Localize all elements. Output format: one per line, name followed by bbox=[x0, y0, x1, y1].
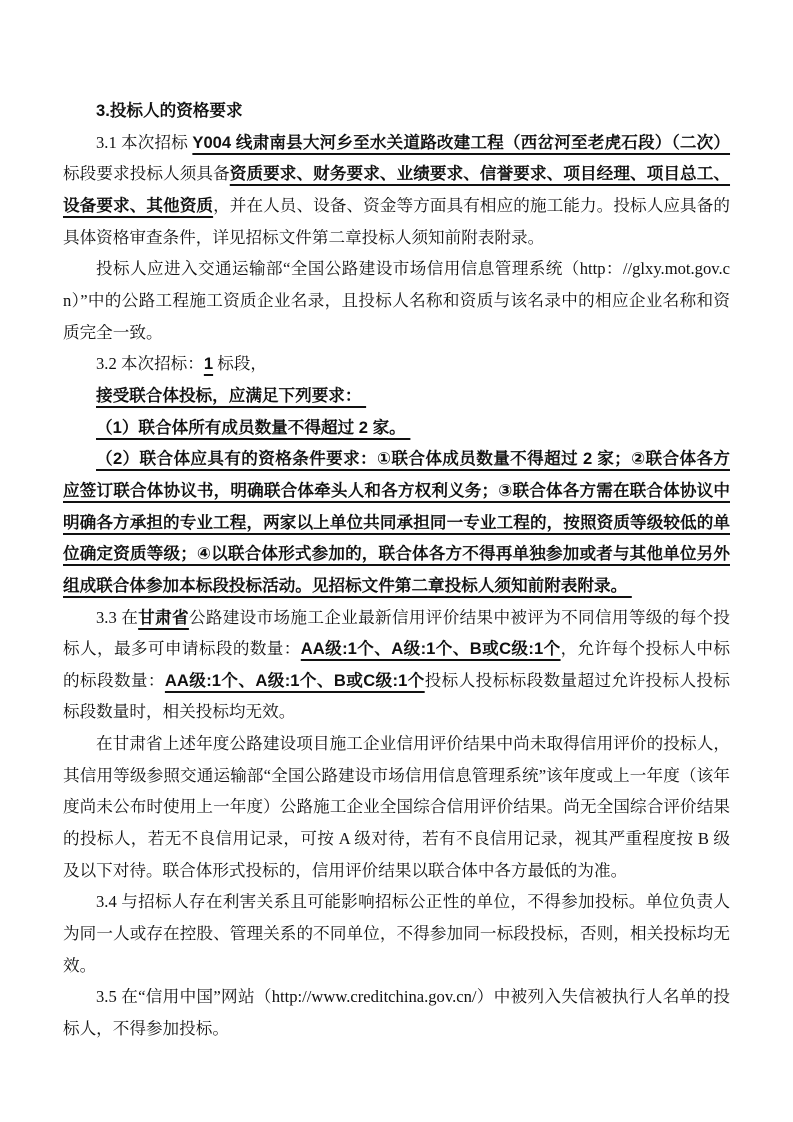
text-run: 标段要求投标人须具备 bbox=[63, 164, 230, 183]
text-run: 3.1 本次招标 bbox=[96, 133, 192, 152]
text-run: 甘肃省 bbox=[138, 608, 189, 627]
para-3-4-conflict-of-interest: 3.4 与招标人存在利害关系且可能影响招标公正性的单位，不得参加投标。单位负责人… bbox=[63, 886, 730, 981]
para-jv-item-2: （2）联合体应具有的资格条件要求：①联合体成员数量不得超过 2 家；②联合体各方… bbox=[63, 443, 730, 601]
text-run: Y004 线肃南县大河乡至水关道路改建工程（西岔河至老虎石段）（二次） bbox=[192, 133, 730, 152]
text-run: AA级:1个、A级:1个、B或C级:1个 bbox=[165, 671, 425, 690]
text-run: 3.3 在 bbox=[96, 608, 138, 627]
text-run: 3.投标人的资格要求 bbox=[96, 101, 243, 120]
para-3-3-credit-rating: 3.3 在甘肃省公路建设市场施工企业最新信用评价结果中被评为不同信用等级的每个投… bbox=[63, 602, 730, 729]
para-credit-system-registry: 投标人应进入交通运输部“全国公路建设市场信用信息管理系统（http：//glxy… bbox=[63, 253, 730, 348]
text-run: 在甘肃省上述年度公路建设项目施工企业信用评价结果中尚未取得信用评价的投标人，其信… bbox=[63, 734, 730, 880]
para-3-2-sections: 3.2 本次招标：1 标段， bbox=[63, 348, 730, 380]
text-run: 3.5 在“信用中国”网站（http://www.creditchina.gov… bbox=[63, 987, 730, 1038]
text-run: 1 bbox=[204, 354, 213, 373]
text-run: 标段， bbox=[213, 354, 267, 373]
text-run: 3.2 本次招标： bbox=[96, 354, 204, 373]
text-run: 3.4 与招标人存在利害关系且可能影响招标公正性的单位，不得参加投标。单位负责人… bbox=[63, 892, 730, 974]
document-page: 3.投标人的资格要求3.1 本次招标 Y004 线肃南县大河乡至水关道路改建工程… bbox=[0, 0, 793, 1122]
document-content: 3.投标人的资格要求3.1 本次招标 Y004 线肃南县大河乡至水关道路改建工程… bbox=[63, 95, 730, 1045]
section-heading-3: 3.投标人的资格要求 bbox=[63, 95, 730, 127]
text-run: （2）联合体应具有的资格条件要求：①联合体成员数量不得超过 2 家；②联合体各方… bbox=[63, 449, 730, 595]
text-run: AA级:1个、A级:1个、B或C级:1个 bbox=[301, 639, 561, 658]
text-run: 投标人应进入交通运输部“全国公路建设市场信用信息管理系统（http：//glxy… bbox=[63, 259, 730, 341]
text-run: （1）联合体所有成员数量不得超过 2 家。 bbox=[96, 418, 410, 437]
para-credit-fallback: 在甘肃省上述年度公路建设项目施工企业信用评价结果中尚未取得信用评价的投标人，其信… bbox=[63, 728, 730, 886]
para-3-5-credit-china: 3.5 在“信用中国”网站（http://www.creditchina.gov… bbox=[63, 981, 730, 1044]
para-jv-accept-title: 接受联合体投标，应满足下列要求： bbox=[63, 380, 730, 412]
para-3-1-qualification: 3.1 本次招标 Y004 线肃南县大河乡至水关道路改建工程（西岔河至老虎石段）… bbox=[63, 127, 730, 254]
para-jv-item-1: （1）联合体所有成员数量不得超过 2 家。 bbox=[63, 412, 730, 444]
text-run: 接受联合体投标，应满足下列要求： bbox=[96, 386, 366, 405]
